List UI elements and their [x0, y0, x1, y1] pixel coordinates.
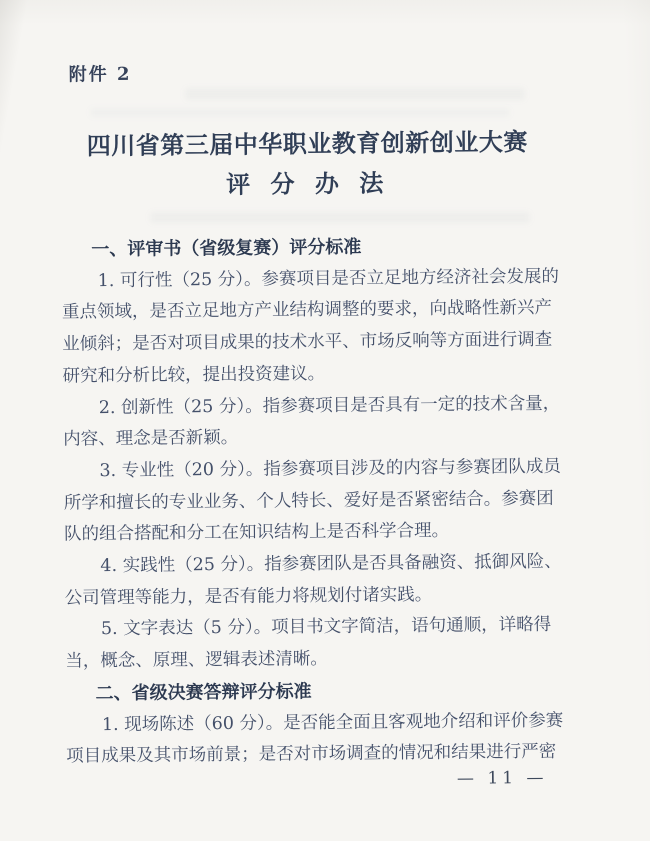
body-line: 公司管理等能力，是否有能力将规划付诸实践。	[65, 578, 561, 614]
attachment-label: 附件 2	[69, 60, 132, 87]
body-line: 3. 专业性（20 分）。指参赛项目涉及的内容与参赛团队成员	[63, 452, 559, 488]
document-title-line1: 四川省第三届中华职业教育创新创业大赛	[60, 122, 554, 167]
body-line: 2. 创新性（25 分）。指参赛项目是否具有一定的技术含量，	[63, 388, 559, 424]
body-line: 1. 现场陈述（60 分）。是否能全面且客观地介绍和评价参赛	[66, 705, 562, 741]
body-line: 业倾斜；是否对项目成果的技术水平、市场反响等方面进行调查	[62, 325, 558, 361]
body-line: 当，概念、原理、逻辑表述清晰。	[65, 642, 561, 678]
section-heading: 一、评审书（省级复赛）评分标准	[61, 230, 557, 266]
document-sheet: 附件 2 四川省第三届中华职业教育创新创业大赛 评 分 办 法 一、评审书（省级…	[0, 0, 650, 841]
section-heading: 二、省级决赛答辩评分标准	[65, 674, 561, 710]
document-title: 四川省第三届中华职业教育创新创业大赛 评 分 办 法	[60, 122, 555, 207]
page-number: — 11 —	[457, 768, 548, 789]
document-title-line2: 评 分 办 法	[61, 162, 555, 207]
body-line: 1. 可行性（25 分）。参赛项目是否立足地方经济社会发展的	[62, 261, 558, 297]
body-line: 研究和分析比较，提出投资建议。	[62, 357, 558, 393]
body-line: 5. 文字表达（5 分）。项目书文字简洁，语句通顺，详略得	[65, 610, 561, 646]
document-body: 一、评审书（省级复赛）评分标准 1. 可行性（25 分）。参赛项目是否立足地方经…	[61, 230, 562, 774]
body-line: 队的组合搭配和分工在知识结构上是否科学合理。	[64, 515, 560, 551]
body-line: 4. 实践性（25 分）。指参赛团队是否具备融资、抵御风险、	[64, 547, 560, 583]
body-line: 内容、理念是否新颖。	[63, 420, 559, 456]
body-line: 所学和擅长的专业业务、个人特长、爱好是否紧密结合。参赛团	[64, 483, 560, 519]
scanned-document-page: 附件 2 四川省第三届中华职业教育创新创业大赛 评 分 办 法 一、评审书（省级…	[0, 0, 650, 841]
body-line: 重点领域，是否立足地方产业结构调整的要求，向战略性新兴产	[62, 293, 558, 329]
